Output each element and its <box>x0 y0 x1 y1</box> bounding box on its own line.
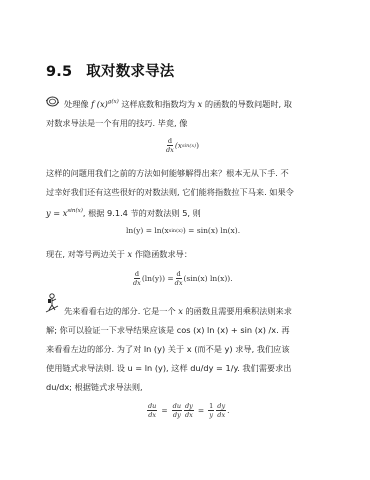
equation-ln-y: ln(y) = ln(xsin(x)) = sin(x) ln(x). <box>126 226 240 235</box>
equation-derivative-x-sinx: ddx (xsin(x)) <box>165 137 199 154</box>
equation-implicit-diff: ddx (ln(y)) = ddx (sin(x) ln(x)). <box>132 270 233 287</box>
textbook-page: 9.5取对数求导法 处理像 f (x)g(x) 这样底数和指数均为 x 的函数的… <box>0 0 370 480</box>
equation-chain-rule: dudx = dudy dydx = 1y dydx . <box>146 402 230 419</box>
paragraph-implicit: 现在, 对等号两边关于 x 作隐函数求导： <box>46 245 326 264</box>
paragraph-log-rules: 这样的问题用我们之前的方法如何能够解得出来？根本无从下手. 不 过幸好我们还有这… <box>46 164 326 223</box>
paragraph-explanation: 先来看看右边的部分. 它是一个 x 的函数且需要用乘积法则来求 解; 你可以验证… <box>46 302 326 397</box>
section-title: 取对数求导法 <box>86 64 174 80</box>
section-number: 9.5 <box>46 64 72 80</box>
section-heading: 9.5取对数求导法 <box>46 60 175 81</box>
paragraph-intro: 处理像 f (x)g(x) 这样底数和指数均为 x 的函数的导数问题时, 取 对… <box>46 93 326 133</box>
